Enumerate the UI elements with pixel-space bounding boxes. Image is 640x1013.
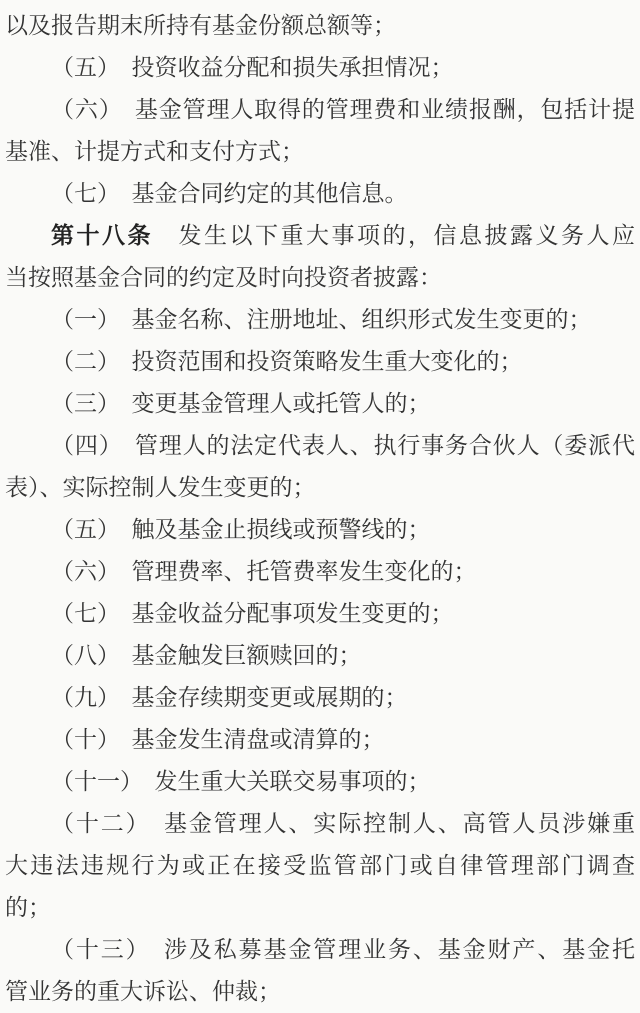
text-run: （四） 管理人的法定代表人、执行事务合伙人（委派代 <box>51 433 635 458</box>
text-line: （十） 基金发生清盘或清算的； <box>5 719 635 761</box>
text-line: 当按照基金合同的约定及时向投资者披露： <box>5 257 635 299</box>
list-item-11: （六） 管理费率、托管费率发生变化的； <box>5 551 635 593</box>
list-item-18: （十三） 涉及私募基金管理业务、基金财产、基金托管业务的重大诉讼、仲裁； <box>5 929 635 1013</box>
text-line: （五） 投资收益分配和损失承担情况； <box>5 47 635 89</box>
text-line: （六） 基金管理人取得的管理费和业绩报酬，包括计提 <box>5 89 635 131</box>
list-item-17: （十二） 基金管理人、实际控制人、高管人员涉嫌重大违法违规行为或正在接受监管部门… <box>5 803 635 929</box>
text-run: 当按照基金合同的约定及时向投资者披露： <box>5 265 442 290</box>
text-line: （十一） 发生重大关联交易事项的； <box>5 761 635 803</box>
text-run: 表）、实际控制人发生变更的； <box>5 475 316 500</box>
text-line: 基准、计提方式和支付方式； <box>5 131 635 173</box>
text-line: （九） 基金存续期变更或展期的； <box>5 677 635 719</box>
list-item-8: （三） 变更基金管理人或托管人的； <box>5 383 635 425</box>
text-run: （五） 触及基金止损线或预警线的； <box>51 517 431 542</box>
text-run: （一） 基金名称、注册地址、组织形式发生变更的； <box>51 307 592 332</box>
document-body: 以及报告期末所持有基金份额总额等；（五） 投资收益分配和损失承担情况；（六） 基… <box>5 5 635 1013</box>
text-run: （六） 管理费率、托管费率发生变化的； <box>51 559 477 584</box>
text-line: 管业务的重大诉讼、仲裁； <box>5 971 635 1013</box>
list-item-4: （七） 基金合同约定的其他信息。 <box>5 173 635 215</box>
text-run: 的； <box>5 895 51 920</box>
text-run: 以及报告期末所持有基金份额总额等； <box>5 13 396 38</box>
text-line: （四） 管理人的法定代表人、执行事务合伙人（委派代 <box>5 425 635 467</box>
text-line: 以及报告期末所持有基金份额总额等； <box>5 5 635 47</box>
text-run: （七） 基金收益分配事项发生变更的； <box>51 601 454 626</box>
text-run: （十二） 基金管理人、实际控制人、高管人员涉嫌重 <box>51 811 635 836</box>
text-run: （八） 基金触发巨额赎回的； <box>51 643 362 668</box>
text-run: 大违法违规行为或正在接受监管部门或自律管理部门调查 <box>5 853 635 878</box>
text-run: （三） 变更基金管理人或托管人的； <box>51 391 431 416</box>
text-line: （八） 基金触发巨额赎回的； <box>5 635 635 677</box>
text-run: 基准、计提方式和支付方式； <box>5 139 304 164</box>
text-line: 的； <box>5 887 635 929</box>
list-item-7: （二） 投资范围和投资策略发生重大变化的； <box>5 341 635 383</box>
text-line: （七） 基金合同约定的其他信息。 <box>5 173 635 215</box>
text-run: （五） 投资收益分配和损失承担情况； <box>51 55 454 80</box>
list-item-9: （四） 管理人的法定代表人、执行事务合伙人（委派代表）、实际控制人发生变更的； <box>5 425 635 509</box>
document-page: 以及报告期末所持有基金份额总额等；（五） 投资收益分配和损失承担情况；（六） 基… <box>0 0 640 1013</box>
list-item-14: （九） 基金存续期变更或展期的； <box>5 677 635 719</box>
list-item-15: （十） 基金发生清盘或清算的； <box>5 719 635 761</box>
text-run: （六） 基金管理人取得的管理费和业绩报酬，包括计提 <box>51 97 635 122</box>
text-run: （九） 基金存续期变更或展期的； <box>51 685 408 710</box>
text-run: （十三） 涉及私募基金管理业务、基金财产、基金托 <box>51 937 635 962</box>
list-item-3: （六） 基金管理人取得的管理费和业绩报酬，包括计提基准、计提方式和支付方式； <box>5 89 635 173</box>
text-line: （二） 投资范围和投资策略发生重大变化的； <box>5 341 635 383</box>
list-item-10: （五） 触及基金止损线或预警线的； <box>5 509 635 551</box>
text-line: （十二） 基金管理人、实际控制人、高管人员涉嫌重 <box>5 803 635 845</box>
list-item-6: （一） 基金名称、注册地址、组织形式发生变更的； <box>5 299 635 341</box>
text-run: 管业务的重大诉讼、仲裁； <box>5 979 281 1004</box>
text-line: （十三） 涉及私募基金管理业务、基金财产、基金托 <box>5 929 635 971</box>
text-run: （十一） 发生重大关联交易事项的； <box>51 769 431 794</box>
list-item-2: （五） 投资收益分配和损失承担情况； <box>5 47 635 89</box>
text-run: （七） 基金合同约定的其他信息。 <box>51 181 408 206</box>
text-line: （七） 基金收益分配事项发生变更的； <box>5 593 635 635</box>
text-line: （六） 管理费率、托管费率发生变化的； <box>5 551 635 593</box>
text-line: 大违法违规行为或正在接受监管部门或自律管理部门调查 <box>5 845 635 887</box>
text-line: （一） 基金名称、注册地址、组织形式发生变更的； <box>5 299 635 341</box>
list-item-16: （十一） 发生重大关联交易事项的； <box>5 761 635 803</box>
list-item-12: （七） 基金收益分配事项发生变更的； <box>5 593 635 635</box>
text-line: （三） 变更基金管理人或托管人的； <box>5 383 635 425</box>
text-line: （五） 触及基金止损线或预警线的； <box>5 509 635 551</box>
text-line: 表）、实际控制人发生变更的； <box>5 467 635 509</box>
article-number: 第十八条 <box>51 223 153 248</box>
list-item-13: （八） 基金触发巨额赎回的； <box>5 635 635 677</box>
text-run: （十） 基金发生清盘或清算的； <box>51 727 385 752</box>
text-run: 发生以下重大事项的，信息披露义务人应 <box>153 223 635 248</box>
text-run: （二） 投资范围和投资策略发生重大变化的； <box>51 349 523 374</box>
text-line: 第十八条 发生以下重大事项的，信息披露义务人应 <box>5 215 635 257</box>
clause-continuation-1: 以及报告期末所持有基金份额总额等； <box>5 5 635 47</box>
article-paragraph-5: 第十八条 发生以下重大事项的，信息披露义务人应当按照基金合同的约定及时向投资者披… <box>5 215 635 299</box>
